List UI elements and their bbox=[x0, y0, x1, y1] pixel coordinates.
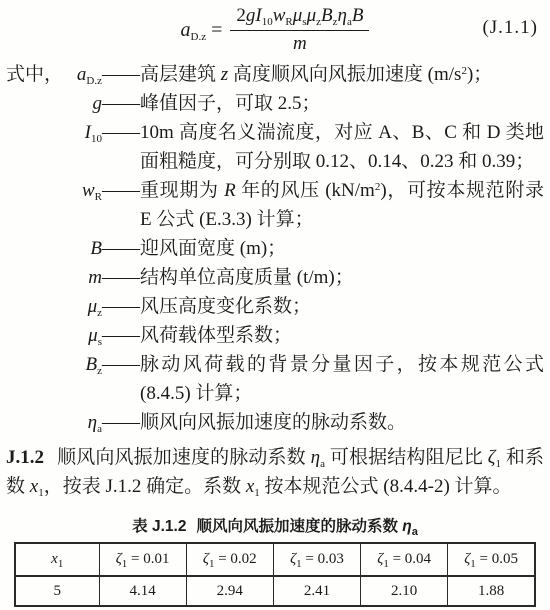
definition-row: μz —— 风压高度变化系数； bbox=[6, 292, 546, 321]
pulsation-coefficient-table: x1 ζ1 = 0.01 ζ1 = 0.02 ζ1 = 0.03 ζ1 = 0.… bbox=[14, 542, 536, 607]
symbol: aD.z bbox=[77, 60, 102, 89]
table-data-cell: 2.10 bbox=[361, 576, 448, 606]
symbol-cell: Bz bbox=[6, 350, 102, 408]
symbol: ηa bbox=[88, 408, 102, 437]
table-data-cell: 1.88 bbox=[448, 576, 535, 606]
table-data-cell: 4.14 bbox=[99, 576, 186, 606]
where-label: 式中， bbox=[6, 60, 63, 89]
dash-separator: —— bbox=[102, 234, 140, 263]
symbol-description: 顺风向风振加速度的脉动系数。 bbox=[140, 408, 546, 437]
symbol: g bbox=[93, 89, 103, 118]
symbol-description: 结构单位高度质量 (t/m)； bbox=[140, 263, 546, 292]
clause-number: J.1.2 bbox=[6, 447, 44, 468]
symbol-cell: I10 bbox=[6, 118, 102, 176]
table-header-row: x1 ζ1 = 0.01 ζ1 = 0.02 ζ1 = 0.03 ζ1 = 0.… bbox=[15, 543, 535, 576]
symbol-cell: m bbox=[6, 263, 102, 292]
symbol: I10 bbox=[85, 118, 102, 147]
symbol-description: 风荷载体型系数； bbox=[140, 321, 546, 350]
definition-row: wR —— 重现期为 R 年的风压 (kN/m2)，可按本规范附录 E 公式 (… bbox=[6, 176, 546, 234]
table-title-text: 顺风向风振加速度的脉动系数 ηa bbox=[196, 518, 417, 535]
dash-separator: —— bbox=[102, 89, 140, 118]
definition-row: ηa —— 顺风向风振加速度的脉动系数。 bbox=[6, 408, 546, 437]
dash-separator: —— bbox=[102, 263, 140, 292]
definition-row: I10 —— 10m 高度名义湍流度，对应 A、B、C 和 D 类地面粗糙度，可… bbox=[6, 118, 546, 176]
definition-row: 式中， aD.z —— 高层建筑 z 高度顺风向风振加速度 (m/s2)； bbox=[6, 60, 546, 89]
symbol-description: 风压高度变化系数； bbox=[140, 292, 546, 321]
dash-separator: —— bbox=[102, 321, 140, 350]
equation-number: (J.1.1) bbox=[482, 17, 538, 39]
clause-j1-2: J.1.2顺风向风振加速度的脉动系数 ηa 可根据结构阻尼比 ζ1 和系数 x1… bbox=[6, 443, 544, 501]
symbol-description: 10m 高度名义湍流度，对应 A、B、C 和 D 类地面粗糙度，可分别取 0.1… bbox=[140, 118, 546, 176]
symbol-description: 重现期为 R 年的风压 (kN/m2)，可按本规范附录 E 公式 (E.3.3)… bbox=[140, 176, 546, 234]
definition-row: m —— 结构单位高度质量 (t/m)； bbox=[6, 263, 546, 292]
table-header-cell: ζ1 = 0.03 bbox=[273, 543, 360, 576]
dash-separator: —— bbox=[102, 118, 140, 176]
table-header-cell: ζ1 = 0.02 bbox=[186, 543, 273, 576]
formula-fraction: 2gI10wRμsμzBzηaB m bbox=[230, 5, 369, 55]
table-data-cell: 2.41 bbox=[273, 576, 360, 606]
table-title: 表 J.1.2顺风向风振加速度的脉动系数 ηa bbox=[0, 514, 550, 536]
table-data-cell: 2.94 bbox=[186, 576, 273, 606]
formula-numerator: 2gI10wRμsμzBzηaB bbox=[230, 5, 369, 31]
formula-j1-1: aD.z = 2gI10wRμsμzBzηaB m (J.1.1) bbox=[0, 0, 550, 58]
table-header-cell: ζ1 = 0.05 bbox=[448, 543, 535, 576]
symbol-description: 迎风面宽度 (m)； bbox=[140, 234, 546, 263]
symbol-description: 高层建筑 z 高度顺风向风振加速度 (m/s2)； bbox=[140, 60, 546, 89]
symbol-definitions: 式中， aD.z —— 高层建筑 z 高度顺风向风振加速度 (m/s2)； g … bbox=[6, 60, 546, 437]
symbol-cell: B bbox=[6, 234, 102, 263]
definition-row: B —— 迎风面宽度 (m)； bbox=[6, 234, 546, 263]
dash-separator: —— bbox=[102, 60, 140, 89]
table-header-cell: ζ1 = 0.04 bbox=[361, 543, 448, 576]
definition-row: μs —— 风荷载体型系数； bbox=[6, 321, 546, 350]
symbol-description: 峰值因子，可取 2.5； bbox=[140, 89, 546, 118]
symbol-cell: ηa bbox=[6, 408, 102, 437]
formula-denominator: m bbox=[230, 31, 369, 55]
symbol-cell: wR bbox=[6, 176, 102, 234]
formula-lhs: aD.z = bbox=[181, 19, 223, 42]
symbol: μs bbox=[88, 321, 102, 350]
symbol: m bbox=[88, 263, 102, 292]
definition-row: g —— 峰值因子，可取 2.5； bbox=[6, 89, 546, 118]
symbol: B bbox=[90, 234, 102, 263]
symbol-cell: g bbox=[6, 89, 102, 118]
symbol-cell: 式中， aD.z bbox=[6, 60, 102, 89]
table-data-cell: 5 bbox=[15, 576, 99, 606]
table-header-cell: ζ1 = 0.01 bbox=[99, 543, 186, 576]
document-page: aD.z = 2gI10wRμsμzBzηaB m (J.1.1) 式中， aD… bbox=[0, 0, 550, 610]
dash-separator: —— bbox=[102, 408, 140, 437]
dash-separator: —— bbox=[102, 350, 140, 408]
symbol-cell: μz bbox=[6, 292, 102, 321]
table-row: 5 4.14 2.94 2.41 2.10 1.88 bbox=[15, 576, 535, 606]
symbol: wR bbox=[82, 176, 102, 205]
clause-text: 顺风向风振加速度的脉动系数 ηa 可根据结构阻尼比 ζ1 和系数 x1，按表 J… bbox=[6, 447, 544, 497]
dash-separator: —— bbox=[102, 292, 140, 321]
table-header-cell: x1 bbox=[15, 543, 99, 576]
symbol: Bz bbox=[86, 350, 103, 379]
definition-row: Bz —— 脉动风荷载的背景分量因子，按本规范公式 (8.4.5) 计算； bbox=[6, 350, 546, 408]
dash-separator: —— bbox=[102, 176, 140, 234]
symbol-cell: μs bbox=[6, 321, 102, 350]
symbol-description: 脉动风荷载的背景分量因子，按本规范公式 (8.4.5) 计算； bbox=[140, 350, 546, 408]
symbol: μz bbox=[88, 292, 102, 321]
table-title-label: 表 J.1.2 bbox=[132, 518, 186, 535]
